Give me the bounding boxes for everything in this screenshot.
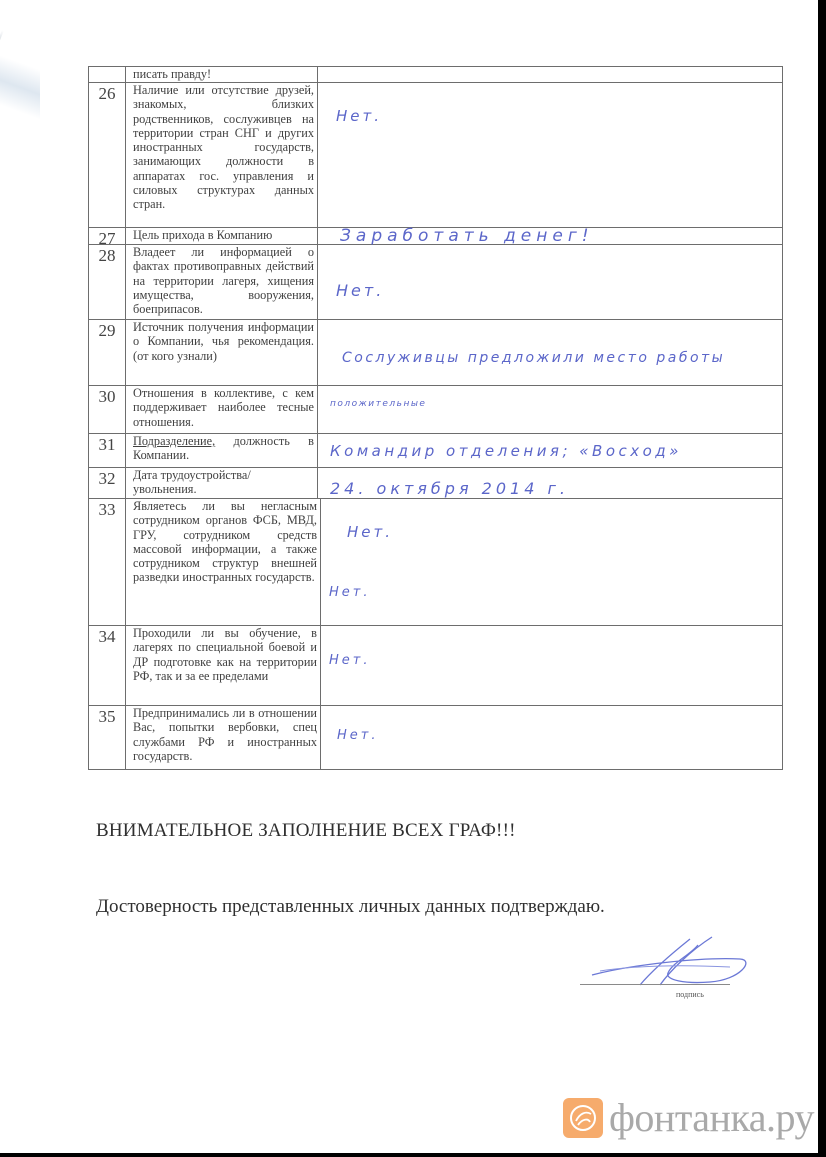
row-question: Отношения в коллективе, с кем поддержива… (126, 386, 318, 433)
handwritten-answer-2: Нет. (329, 585, 370, 600)
row-number: 31 (89, 434, 126, 467)
row-answer: Командир отделения; «Восход» (318, 434, 782, 467)
table-row: 34 Проходили ли вы обучение, в лагерях п… (88, 626, 783, 706)
handwritten-answer: 24. октября 2014 г. (330, 479, 569, 498)
row-question: Предпринимались ли в отношении Вас, попы… (126, 706, 321, 769)
row-answer: Нет. Нет. (321, 499, 782, 625)
row-answer: Нет. (318, 245, 782, 319)
row-number: 35 (89, 706, 126, 769)
row-question: Дата трудоустройства/увольнения. (126, 468, 318, 498)
row-answer: Нет. (321, 626, 782, 705)
table-row: 30 Отношения в коллективе, с кем поддерж… (88, 386, 783, 434)
fontanka-logo-icon (563, 1098, 603, 1138)
row-question: Подразделение, должность в Компании. (126, 434, 318, 467)
row-number: 32 (89, 468, 126, 498)
row-answer: Нет. (321, 706, 782, 769)
handwritten-answer: Нет. (337, 728, 378, 743)
handwritten-answer: Нет. (329, 653, 370, 668)
table-row: 32 Дата трудоустройства/увольнения. 24. … (88, 468, 783, 499)
handwritten-answer: Нет. (347, 523, 393, 541)
row-answer: Сослуживцы предложили место работы (318, 320, 782, 385)
row-question: Источник получения информации о Компании… (126, 320, 318, 385)
row-number: 27 (89, 228, 126, 244)
fill-all-fields-notice: ВНИМАТЕЛЬНОЕ ЗАПОЛНЕНИЕ ВСЕХ ГРАФ!!! (96, 820, 516, 842)
confirmation-statement: Достоверность представленных личных данн… (96, 896, 605, 918)
handwritten-answer: Нет. (336, 107, 382, 125)
table-row: 31 Подразделение, должность в Компании. … (88, 434, 783, 468)
row-number: 29 (89, 320, 126, 385)
signature-line (580, 984, 730, 985)
row-question: писать правду! (126, 67, 318, 82)
handwritten-answer: Заработать денег! (340, 226, 594, 246)
row-answer: положительные (318, 386, 782, 433)
table-row: 29 Источник получения информации о Компа… (88, 320, 783, 386)
row-number (89, 67, 126, 82)
row-number: 28 (89, 245, 126, 319)
handwritten-answer: положительные (330, 399, 426, 409)
row-question: Цель прихода в Компанию (126, 228, 318, 244)
table-row: 35 Предпринимались ли в отношении Вас, п… (88, 706, 783, 770)
signature-icon (590, 935, 750, 990)
signature-label: подпись (676, 990, 704, 999)
row-answer (318, 67, 782, 82)
row-question: Наличие или отсутствие друзей, знакомых,… (126, 83, 318, 227)
row-number: 34 (89, 626, 126, 705)
row-answer: Нет. (318, 83, 782, 227)
row-question: Проходили ли вы обучение, в лагерях по с… (126, 626, 321, 705)
table-row: 28 Владеет ли информацией о фактах проти… (88, 245, 783, 320)
scan-edge-bottom (0, 1153, 826, 1157)
handwritten-answer: Сослуживцы предложили место работы (342, 350, 725, 366)
table-row: 27 Цель прихода в Компанию Заработать де… (88, 228, 783, 245)
table-row: 33 Являетесь ли вы негласным сотрудником… (88, 499, 783, 626)
scan-fold-shadow (0, 20, 40, 130)
handwritten-answer: Нет. (336, 281, 384, 300)
table-row: 26 Наличие или отсутствие друзей, знаком… (88, 83, 783, 228)
row-question: Владеет ли информацией о фактах противоп… (126, 245, 318, 319)
row-number: 30 (89, 386, 126, 433)
handwritten-answer: Командир отделения; «Восход» (330, 442, 682, 460)
fontanka-watermark: фонтанка.ру ® (563, 1098, 814, 1138)
table-row: писать правду! (88, 66, 783, 83)
row-number: 26 (89, 83, 126, 227)
row-answer: 24. октября 2014 г. (318, 468, 782, 498)
logo-wordmark: фонтанка.ру (609, 1095, 814, 1140)
row-answer: Заработать денег! (318, 228, 782, 244)
row-question: Являетесь ли вы негласным сотрудником ор… (126, 499, 321, 625)
scan-edge-right (818, 0, 826, 1157)
question-underlined: Подразделение, (133, 434, 215, 448)
row-number: 33 (89, 499, 126, 625)
fontanka-logo-text: фонтанка.ру ® (609, 1098, 814, 1138)
